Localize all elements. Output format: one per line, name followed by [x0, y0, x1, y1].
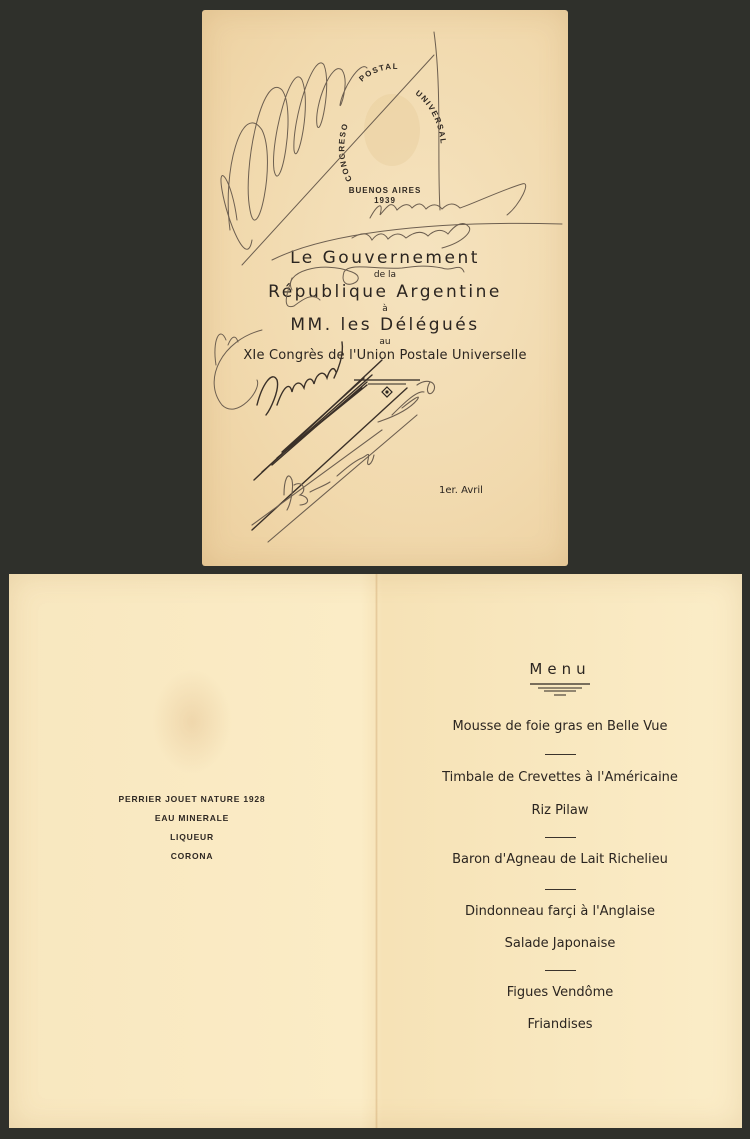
title-underline-ornament-icon	[528, 682, 592, 698]
menu-cover-card: CONGRESO POSTAL UNIVERSAL BUENOS AIRES 1…	[202, 10, 568, 566]
course-item: Friandises	[378, 1017, 742, 1032]
course-item: Timbale de Crevettes à l'Américaine	[378, 770, 742, 785]
course-separator	[545, 754, 576, 755]
course-item: Mousse de foie gras en Belle Vue	[378, 719, 742, 734]
dedication-line-de-la: de la	[202, 270, 568, 280]
course-separator	[545, 970, 576, 971]
svg-text:POSTAL: POSTAL	[357, 62, 399, 84]
ornament-divider-icon	[352, 378, 422, 400]
course-item: Baron d'Agneau de Lait Richelieu	[378, 852, 742, 867]
menu-date: 1er. Avril	[439, 485, 483, 496]
course-item: Dindonneau farçi à l'Anglaise	[378, 904, 742, 919]
drinks-list: PERRIER JOUET NATURE 1928 EAU MINERALE L…	[9, 790, 375, 866]
dedication-line-a: à	[202, 304, 568, 314]
course-separator	[545, 837, 576, 838]
emblem-arc-left: CONGRESO	[337, 122, 353, 183]
emblem-city: BUENOS AIRES	[202, 186, 568, 196]
embossed-seal-icon	[152, 669, 232, 774]
dedication-line-au: au	[202, 337, 568, 347]
drink-item: EAU MINERALE	[9, 809, 375, 828]
drink-item: PERRIER JOUET NATURE 1928	[9, 790, 375, 809]
dedication-line-republic: République Argentine	[202, 282, 568, 302]
menu-inside-card: PERRIER JOUET NATURE 1928 EAU MINERALE L…	[9, 574, 742, 1128]
emblem-arc-top: POSTAL	[357, 62, 399, 84]
dedication-line-delegates: MM. les Délégués	[202, 315, 568, 335]
menu-title: Menu	[528, 660, 592, 678]
course-item: Figues Vendôme	[378, 985, 742, 1000]
drink-item: CORONA	[9, 847, 375, 866]
emblem-year: 1939	[202, 196, 568, 206]
dedication-line-government: Le Gouvernement	[202, 248, 568, 268]
menu-panel: Menu Mousse de foie gras en Belle Vue Ti…	[378, 574, 742, 1128]
drink-item: LIQUEUR	[9, 828, 375, 847]
congress-emblem: CONGRESO POSTAL UNIVERSAL	[202, 10, 568, 210]
course-separator	[545, 889, 576, 890]
course-item: Riz Pilaw	[378, 803, 742, 818]
course-item: Salade Japonaise	[378, 936, 742, 951]
embossed-seal-icon	[364, 94, 420, 166]
svg-text:CONGRESO: CONGRESO	[337, 122, 353, 183]
dedication-line-congress: XIe Congrès de l'Union Postale Universel…	[202, 348, 568, 363]
